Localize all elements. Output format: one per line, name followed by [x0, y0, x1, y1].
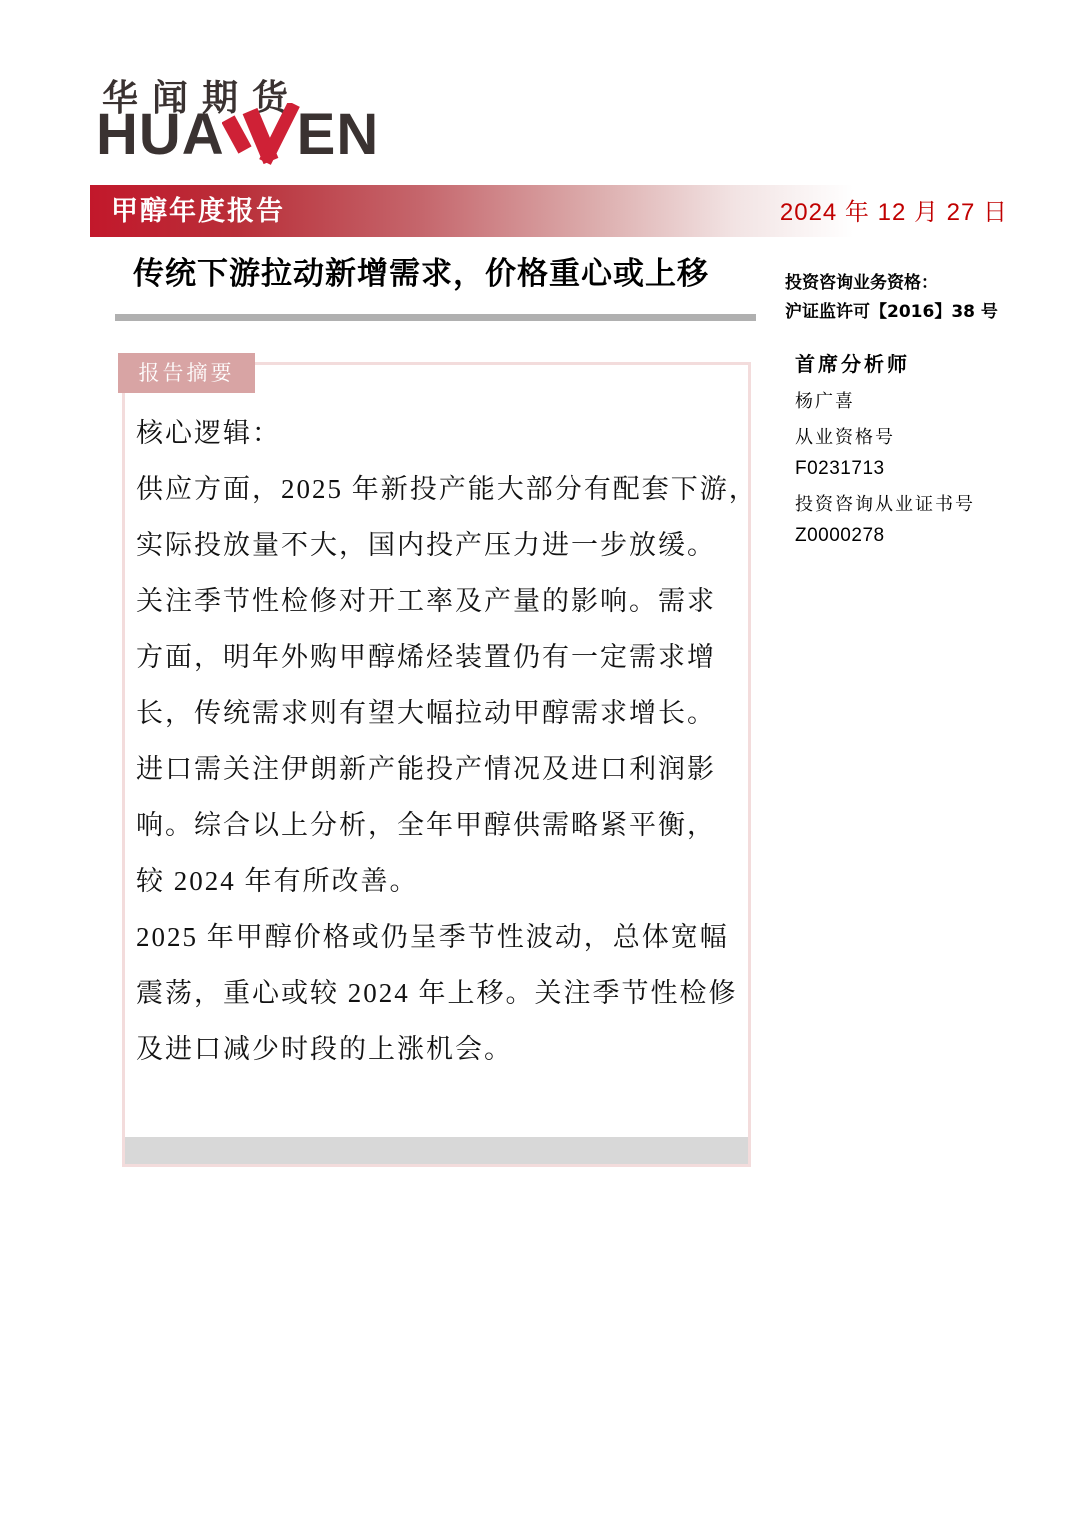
summary-line: 及进口减少时段的上涨机会。 [136, 1021, 736, 1077]
summary-line: 核心逻辑： [136, 405, 736, 461]
summary-line: 方面，明年外购甲醇烯烃装置仍有一定需求增 [136, 629, 736, 685]
summary-line: 2025 年甲醇价格或仍呈季节性波动，总体宽幅 [136, 909, 736, 965]
qualification-line: 沪证监许可【2016】38 号 [785, 298, 1065, 327]
summary-line: 实际投放量不大，国内投产压力进一步放缓。 [136, 517, 736, 573]
cert-label: 投资咨询从业证书号 [795, 490, 1065, 516]
summary-line: 供应方面，2025 年新投产能大部分有配套下游， [136, 461, 736, 517]
logo-en-right: EN [297, 106, 380, 164]
logo-english-text: HUA EN [96, 103, 379, 164]
summary-line: 关注季节性检修对开工率及产量的影响。需求 [136, 573, 736, 629]
logo-en-left: HUA [96, 106, 225, 164]
report-page: 华闻期货 HUA EN 甲醇年度报告 2024 年 12 月 27 日 传统下游… [0, 0, 1080, 1527]
summary-line: 较 2024 年有所改善。 [136, 853, 736, 909]
report-type-banner: 甲醇年度报告 2024 年 12 月 27 日 [90, 185, 1010, 237]
report-date: 2024 年 12 月 27 日 [780, 185, 1008, 237]
cert-label: 从业资格号 [795, 423, 1065, 449]
credentials-panel: 投资咨询业务资格： 沪证监许可【2016】38 号 首席分析师 杨广喜 从业资格… [785, 269, 1065, 547]
summary-line: 响。综合以上分析，全年甲醇供需略紧平衡， [136, 797, 736, 853]
summary-line: 长，传统需求则有望大幅拉动甲醇需求增长。 [136, 685, 736, 741]
report-title: 传统下游拉动新增需求，价格重心或上移 [133, 252, 783, 296]
cert-number: Z0000278 [795, 525, 1065, 547]
logo-w-checkmark-icon [222, 103, 300, 165]
summary-tag: 报告摘要 [118, 353, 255, 393]
qualification-line: 投资咨询业务资格： [785, 269, 1065, 298]
analyst-role: 首席分析师 [795, 348, 1065, 377]
analyst-name: 杨广喜 [795, 387, 1065, 413]
cert-number: F0231713 [795, 458, 1065, 480]
summary-box: 报告摘要 核心逻辑： 供应方面，2025 年新投产能大部分有配套下游， 实际投放… [122, 362, 751, 1167]
summary-text: 核心逻辑： 供应方面，2025 年新投产能大部分有配套下游， 实际投放量不大，国… [136, 405, 736, 1077]
title-divider [115, 314, 756, 321]
summary-line: 震荡，重心或较 2024 年上移。关注季节性检修 [136, 965, 736, 1021]
banner-title: 甲醇年度报告 [111, 185, 285, 237]
summary-bottom-strip [125, 1137, 748, 1164]
summary-line: 进口需关注伊朗新产能投产情况及进口利润影 [136, 741, 736, 797]
